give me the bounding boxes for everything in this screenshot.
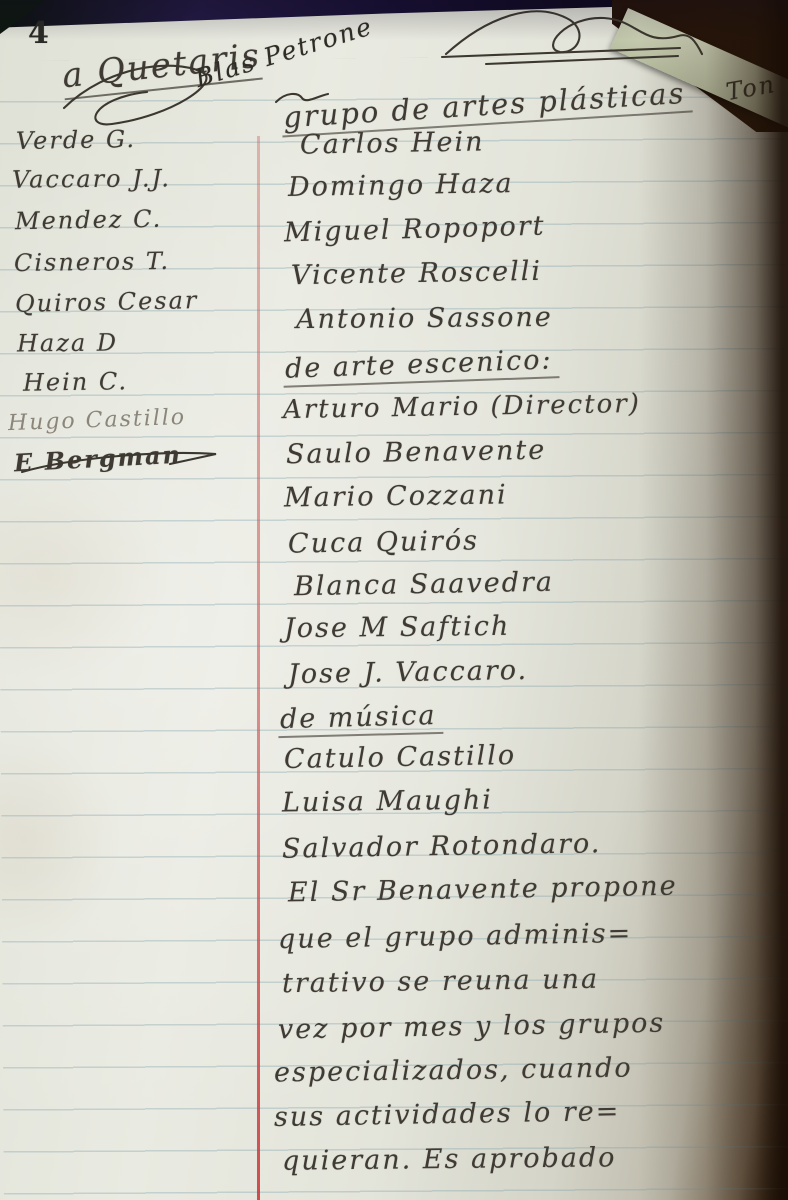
member-name: Jose M Saftich — [284, 611, 511, 644]
paragraph-line: especializados, cuando — [274, 1052, 633, 1088]
attendee-name: Verde G. — [16, 125, 136, 155]
flourish-signature-icon — [428, 2, 708, 68]
attendee-name: Mendez C. — [15, 205, 163, 236]
member-name: Arturo Mario (Director) — [283, 389, 641, 425]
paragraph-line: trativo se reuna una — [282, 964, 599, 999]
attendee-name: Cisneros T. — [14, 247, 170, 277]
attendee-name: Haza D — [17, 328, 118, 357]
member-name: Catulo Castillo — [284, 740, 517, 775]
member-name: Carlos Hein — [300, 126, 485, 160]
red-margin-line — [257, 136, 260, 1200]
member-name: Vicente Roscelli — [291, 256, 543, 291]
paragraph-line: quieran. Es aprobado — [282, 1142, 617, 1177]
member-name: Jose J. Vaccaro. — [288, 655, 529, 690]
member-name: Mario Cozzani — [284, 479, 508, 513]
member-name: Domingo Haza — [288, 168, 514, 203]
member-name: Blanca Saavedra — [294, 567, 554, 603]
member-name: Antonio Sassone — [296, 302, 553, 335]
attendee-name: Quiros Cesar — [15, 286, 199, 318]
member-name: Saulo Benavente — [286, 435, 547, 471]
attendee-name: Vaccaro J.J. — [12, 164, 171, 193]
member-name: Luisa Maughi — [282, 785, 493, 819]
section-heading: de música — [278, 700, 443, 738]
member-name: Salvador Rotondaro. — [282, 828, 602, 865]
paragraph-line: que el grupo adminis= — [278, 918, 633, 955]
member-name: Cuca Quirós — [288, 525, 480, 559]
paragraph-line: sus actividades lo re= — [274, 1096, 621, 1133]
page-number: 4 — [28, 16, 49, 51]
signature-strike-icon — [20, 448, 220, 478]
attendee-name: Hein C. — [23, 367, 128, 396]
notebook-photo: 4 a Quetaris Blas Petrone Ton Verde G. V… — [0, 0, 788, 1200]
